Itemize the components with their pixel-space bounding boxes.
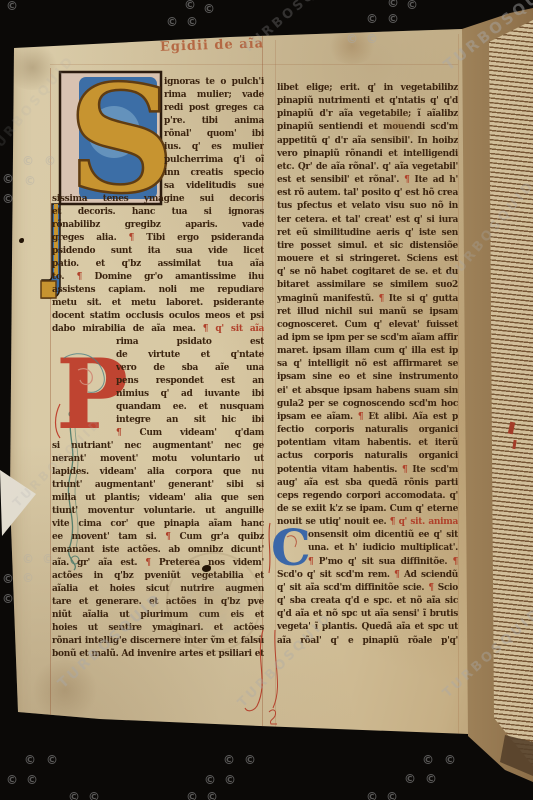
- manuscript-text-line: vite cima cor' que pinapia aĩam hanc: [52, 518, 264, 531]
- body-text: q'd aĩa et nõ spc ut aĩa sensi' ĩ bruti…: [277, 609, 458, 619]
- body-text: p're. tibi anima: [164, 116, 264, 126]
- body-text: pinapiũ nutrimenti et q'ntatis q' q'd: [277, 96, 458, 106]
- manuscript-text-line: rima psidato est: [116, 336, 264, 349]
- body-text: est rõ autem. tal' posito q' est hõ cr…: [277, 188, 458, 198]
- body-text: ius. q' es mulier: [164, 142, 264, 152]
- copyright-watermark-icon: ©: [46, 753, 58, 767]
- manuscript-text-line: aĩa. gr' aĩa est. ¶ Preterea nos videm': [52, 557, 264, 570]
- copyright-watermark-icon: ©: [68, 790, 80, 800]
- ruling-line-gutter2: [275, 40, 276, 730]
- manuscript-text-line: ¶ Cum videam' q'dam: [116, 427, 264, 440]
- body-text: nouit se utiq' nouit ee.: [277, 517, 390, 527]
- ruling-line-right: [458, 34, 459, 734]
- body-text: rõnabilibz gregibz aparis. vade: [52, 220, 264, 230]
- body-text: q' sit aĩa scd'm diffinitõe scie.: [277, 583, 428, 593]
- text-column-right: libet elige; erit. q' in vegetabilibzpin…: [277, 82, 458, 648]
- body-text: tus pfectus et velato visu suo nõ in: [277, 201, 458, 211]
- body-text: metu sit. et metu laboret. psiderante: [52, 298, 264, 308]
- running-header: Egidii de aĩa: [160, 36, 270, 56]
- manuscript-text-line: nouit se utiq' nouit ee. ¶ q' sit. anima: [277, 516, 458, 529]
- manuscript-text-line: pinapiũ nutrimenti et q'ntatis q' q'd: [277, 95, 458, 108]
- manuscript-text-line: etc. Qr' de aĩa rõnal'. q' aĩa vegetabi…: [277, 161, 458, 174]
- manuscript-text-line: lapides. videam' alia corpora que nu: [52, 466, 264, 479]
- body-text: ymaginũ manifestũ.: [277, 294, 379, 304]
- copyright-watermark-icon: ©: [404, 772, 416, 786]
- body-text: etc. Qr' de aĩa rõnal'. q' aĩa vegetabi…: [277, 162, 458, 172]
- manuscript-text-line: ipsam ee aĩam. ¶ Et alibi. Aĩa est p: [277, 411, 458, 424]
- body-text: vero de sba aĩe una: [116, 363, 264, 373]
- manuscript-text-line: maret. ipsam illam cum q' illa est ip: [277, 345, 458, 358]
- copyright-watermark-icon: ©: [425, 772, 437, 786]
- body-text: appetitũ q' d'r aĩa sensibil'. In hoibz: [277, 136, 458, 146]
- manuscript-text-line: docent statim occlusis oculos meos et ps…: [52, 310, 264, 323]
- body-text: de virtute et q'ntate: [116, 350, 264, 360]
- body-text: tare et generare. et actões in q'bz pve: [52, 597, 264, 607]
- manuscript-text-line: sa q' intelligit nõ est affirmaret se: [277, 358, 458, 371]
- body-text: Domine gr'o amantissime ihu: [82, 272, 264, 282]
- body-text: potentia vitam habentis.: [277, 465, 402, 475]
- manuscript-text-line: triunt' augmentant' generant' sibi si: [52, 479, 264, 492]
- manuscript-text-line: nerant' movent' motu voluntario ut: [52, 453, 264, 466]
- manuscript-text-line: rõnal' quom' ibi: [164, 128, 264, 141]
- body-text: milia ut plantis; videam' alia que sen: [52, 493, 264, 503]
- body-text: rima psidato est: [116, 337, 264, 347]
- copyright-watermark-icon: ©: [366, 790, 378, 800]
- body-text: potentiam vitam habentis. et iterũ: [277, 438, 458, 448]
- manuscript-text-line: gula2 per se cognoscendo scd'm hoc: [277, 398, 458, 411]
- manuscript-text-line: pens respondet est an: [116, 375, 264, 388]
- body-text: mouere et si stringeret. Sciens est: [277, 254, 458, 264]
- body-text: ret illud nichil sui manũ se ipsam: [277, 307, 458, 317]
- body-text: ignoras te o pulch'i: [164, 77, 264, 87]
- body-text: fectio corporis naturalis organici: [277, 425, 458, 435]
- copyright-watermark-icon: ©: [444, 753, 456, 767]
- manuscript-text-line: integre an sit hic ibi: [116, 414, 264, 427]
- manuscript-text-line: vegeta' ĩ plantis. Quedã aĩa et spc ut: [277, 621, 458, 634]
- manuscript-text-line: tire posset simul. et sic distensiõe: [277, 240, 458, 253]
- body-text: Scd'o q' sit scd'm rem.: [277, 570, 394, 580]
- copyright-watermark-icon: ©: [24, 753, 36, 767]
- manuscript-text-line: ei' et absque ipsam habens suam sin: [277, 385, 458, 398]
- body-text: una. et h' iudicio multiplicat'.: [308, 543, 458, 553]
- body-text: vero pinapiũ rõnandi et intelligendi: [277, 149, 458, 159]
- copyright-watermark-icon: ©: [2, 572, 14, 586]
- copyright-watermark-icon: ©: [26, 773, 38, 787]
- manuscript-text-line: psidendo sunt ita sua vide licet: [52, 245, 264, 258]
- manuscript-text-line: sa videlitudis sue: [164, 180, 264, 193]
- manuscript-text-line: ymaginũ manifestũ. ¶ Ite si q' gutta: [277, 293, 458, 306]
- copyright-watermark-icon: ©: [366, 12, 378, 26]
- body-text: Tibi ergo psideranda: [134, 233, 264, 243]
- stain: [30, 660, 100, 720]
- body-text: niũt aĩalia ut plurimum cum eis et: [52, 610, 264, 620]
- body-text: est et sensibil' et rõnal'.: [277, 175, 404, 185]
- manuscript-text-line: ter cetera. et tal' creat' est q' si iur…: [277, 214, 458, 227]
- copyright-watermark-icon: ©: [88, 790, 100, 800]
- body-text: ipsam sine eo et sine instrumento: [277, 372, 458, 382]
- manuscript-text-line: fectio corporis naturalis organici: [277, 424, 458, 437]
- copyright-watermark-icon: ©: [166, 15, 178, 29]
- manuscript-text-line: ius. q' es mulier: [164, 141, 264, 154]
- body-text: pulcherrima q'i oĩ: [164, 155, 264, 165]
- manuscript-text-line: ret illud nichil sui manũ se ipsam: [277, 306, 458, 319]
- manuscript-text-line: una. et h' iudicio multiplicat'.: [308, 542, 458, 555]
- manuscript-text-line: potentia vitam habentis. ¶ Ite scd'm: [277, 464, 458, 477]
- manuscript-text-line: dabo mirabilia de aĩa mea. ¶ q' sit aĩa: [52, 323, 264, 336]
- manuscript-text-line: inn creatis specio: [164, 167, 264, 180]
- manuscript-text-line: ret eũ similitudine aeris q' iste sen: [277, 227, 458, 240]
- rubric-text: ¶ q' sit. anima: [390, 517, 458, 527]
- copyright-watermark-icon: ©: [6, 0, 18, 13]
- body-text: inn creatis specio: [164, 168, 264, 178]
- copyright-watermark-icon: ©: [2, 592, 14, 606]
- copyright-watermark-icon: ©: [406, 0, 418, 12]
- body-text: integre an sit hic ibi: [116, 415, 264, 425]
- body-text: de se exiit k'z se ipam. Cum q' eterne: [277, 504, 458, 514]
- copyright-watermark-icon: ©: [186, 15, 198, 29]
- manuscript-text-line: onsensit oim dicentiũ ee q' sit: [308, 529, 458, 542]
- manuscript-text-line: Scd'o q' sit scd'm rem. ¶ Ad sciendũ v'…: [277, 569, 458, 582]
- copyright-watermark-icon: ©: [2, 172, 14, 186]
- manuscript-text-line: si nutriant' nec augmentant' nec ge: [52, 440, 264, 453]
- body-text: Ite si q' gutta: [384, 294, 458, 304]
- body-text: libet elige; erit. q' in vegetabilibz: [277, 83, 458, 93]
- copyright-watermark-icon: ©: [422, 753, 434, 767]
- body-text: ipsam ee aĩam.: [277, 412, 358, 422]
- body-text: actões in q'bz pveniũt vegetabilia et: [52, 571, 264, 581]
- copyright-watermark-icon: ©: [186, 790, 198, 800]
- body-text: aĩa. gr' aĩa est.: [52, 558, 145, 568]
- rubric-text: ¶: [453, 557, 458, 567]
- body-text: pinapiũ sentiendi et mouendi scd'm: [277, 122, 458, 132]
- body-text: maret. ipsam illam cum q' illa est ip: [277, 346, 458, 356]
- body-text: cognosceret. Cum q' elevat' fuisset: [277, 320, 458, 330]
- body-text: aug' aĩa est sba quedа̃ rõnis parti: [277, 478, 458, 488]
- body-text: ceps regendo corpori accomodata. q': [277, 491, 458, 501]
- manuscript-text-line: quandam ee. et nusquam: [116, 401, 264, 414]
- rubric-text: ¶ q' sit aĩa: [203, 324, 264, 334]
- body-text: docent statim occlusis oculos meos et ps…: [52, 311, 264, 321]
- body-text: P'mo q' sit sua diffinitõe.: [313, 557, 452, 567]
- body-text: Cum videam' q'dam: [121, 428, 264, 438]
- body-text: quandam ee. et nusquam: [116, 402, 264, 412]
- body-text: Ite scd'm: [407, 465, 458, 475]
- manuscript-text-line: et decoris. hanc tua si ignoras: [52, 206, 264, 219]
- body-text: q' se nõ habet cogitaret de se. et du: [277, 267, 458, 277]
- body-text: onsensit oim dicentiũ ee q' sit: [308, 530, 458, 540]
- body-text: gula2 per se cognoscendo scd'm hoc: [277, 399, 458, 409]
- body-text: rima mulier; vade: [164, 90, 264, 100]
- body-text: dabo mirabilia de aĩa mea.: [52, 324, 203, 334]
- copyright-watermark-icon: ©: [224, 773, 236, 787]
- body-text: emanant iste actões. ab omnibz dicunt': [52, 545, 264, 555]
- body-text: psidendo sunt ita sua vide licet: [52, 246, 264, 256]
- manuscript-text-line: emanant iste actões. ab omnibz dicunt': [52, 544, 264, 557]
- text-column-left: ignoras te o pulch'irima mulier; vadered…: [52, 76, 264, 661]
- ink-dot: [19, 238, 24, 243]
- body-text: greges alia.: [52, 233, 129, 243]
- manuscript-photo: Egidii de aĩa S P C: [0, 0, 533, 800]
- manuscript-text-line: potentiam vitam habentis. et iterũ: [277, 437, 458, 450]
- body-text: Scio: [434, 583, 458, 593]
- manuscript-text-line: est et sensibil' et rõnal'. ¶ Ite ad h': [277, 174, 458, 187]
- manuscript-text-line: libet elige; erit. q' in vegetabilibz: [277, 82, 458, 95]
- manuscript-text-line: sissima tenes ymagine sui decoris: [52, 193, 264, 206]
- body-text: pinapiũ d'r aĩa vegetabile; ĩ aĩalibz: [277, 109, 458, 119]
- body-text: bitaret assimilare se similem suo2: [277, 280, 458, 290]
- manuscript-text-line: de se exiit k'z se ipam. Cum q' eterne: [277, 503, 458, 516]
- manuscript-page: Egidii de aĩa S P C: [0, 0, 533, 800]
- copyright-watermark-icon: ©: [204, 773, 216, 787]
- manuscript-text-line: patio. et q'bz assimilat tua aĩa: [52, 258, 264, 271]
- body-text: lapides. videam' alia corpora que nu: [52, 467, 264, 477]
- body-text: nerant' movent' motu voluntario ut: [52, 454, 264, 464]
- body-text: ret eũ similitudine aeris q' iste sen: [277, 228, 458, 238]
- body-text: assistens capiam. noli me repudiare: [52, 285, 264, 295]
- body-text: redi post greges ca: [164, 103, 264, 113]
- copyright-watermark-icon: ©: [6, 773, 18, 787]
- body-text: vite cima cor' que pinapia aĩam hanc: [52, 519, 264, 529]
- manuscript-text-line: mouere et si stringeret. Sciens est: [277, 253, 458, 266]
- manuscript-text-line: actus corporis naturalis organici: [277, 450, 458, 463]
- manuscript-text-line: metu sit. et metu laboret. psiderante: [52, 297, 264, 310]
- body-text: et decoris. hanc tua si ignoras: [52, 207, 264, 217]
- manuscript-text-line: ignoras te o pulch'i: [164, 76, 264, 89]
- body-text: aĩa rõal' q' e pinapiũ rõale p'q' sep…: [277, 636, 458, 648]
- manuscript-text-line: redi post greges ca: [164, 102, 264, 115]
- manuscript-text-line: niũt aĩalia ut plurimum cum eis et: [52, 609, 264, 622]
- manuscript-text-line: nimius q' ad iuvante ibi: [116, 388, 264, 401]
- manuscript-text-line: pinapiũ d'r aĩa vegetabile; ĩ aĩalibz: [277, 108, 458, 121]
- manuscript-text-line: bitaret assimilare se similem suo2: [277, 279, 458, 292]
- copyright-watermark-icon: ©: [206, 790, 218, 800]
- copyright-watermark-icon: ©: [387, 0, 399, 10]
- copyright-watermark-icon: ©: [386, 790, 398, 800]
- manuscript-text-line: vero pinapiũ rõnandi et intelligendi: [277, 148, 458, 161]
- manuscript-text-line: rõnabilibz gregibz aparis. vade: [52, 219, 264, 232]
- manuscript-text-line: vero de sba aĩe una: [116, 362, 264, 375]
- manuscript-text-line: aug' aĩa est sba quedа̃ rõnis parti: [277, 477, 458, 490]
- manuscript-text-line: q' sba creata q'd e spc. et nõ aĩa sic …: [277, 595, 458, 608]
- body-text: q' sba creata q'd e spc. et nõ aĩa sic …: [277, 596, 458, 608]
- manuscript-text-line: q' sit aĩa scd'm diffinitõe scie. ¶ Sci…: [277, 582, 458, 595]
- manuscript-text-line: milia ut plantis; videam' alia que sen: [52, 492, 264, 505]
- body-text: tire posset simul. et sic distensiõe: [277, 241, 458, 251]
- copyright-watermark-icon: ©: [203, 2, 215, 16]
- manuscript-text-line: tare et generare. et actões in q'bz pve: [52, 596, 264, 609]
- manuscript-text-line: pulcherrima q'i oĩ: [164, 154, 264, 167]
- manuscript-text-line: q' se nõ habet cogitaret de se. et du: [277, 266, 458, 279]
- body-text: sissima tenes ymagine sui decoris: [52, 194, 264, 204]
- manuscript-text-line: pinapiũ sentiendi et mouendi scd'm: [277, 121, 458, 134]
- body-text: Et alibi. Aĩa est p: [363, 412, 458, 422]
- body-text: to.: [52, 272, 77, 282]
- copyright-watermark-icon: ©: [387, 12, 399, 26]
- manuscript-text-line: greges alia. ¶ Tibi ergo psideranda: [52, 232, 264, 245]
- manuscript-text-line: appetitũ q' d'r aĩa sensibil'. In hoibz: [277, 135, 458, 148]
- body-text: patio. et q'bz assimilat tua aĩa: [52, 259, 264, 269]
- body-text: ad ipm se ipm per se scd'm aĩam affir: [277, 333, 458, 343]
- body-text: pens respondet est an: [116, 376, 264, 386]
- body-text: sa videlitudis sue: [164, 181, 264, 191]
- copyright-watermark-icon: ©: [223, 753, 235, 767]
- body-text: vegeta' ĩ plantis. Quedã aĩa et spc ut: [277, 622, 458, 632]
- copyright-watermark-icon: ©: [2, 192, 14, 206]
- body-text: nimius q' ad iuvante ibi: [116, 389, 264, 399]
- body-text: triunt' augmentant' generant' sibi si: [52, 480, 264, 490]
- manuscript-text-line: aĩalia et hoies sicut nutrire augmen: [52, 583, 264, 596]
- body-text: ee movent' tam si.: [52, 532, 165, 542]
- body-text: Cum gr'a quibz: [171, 532, 264, 542]
- manuscript-text-line: rima mulier; vade: [164, 89, 264, 102]
- manuscript-text-line: tiunt' moventur voluntarie. ut anguille: [52, 505, 264, 518]
- manuscript-text-line: ceps regendo corpori accomodata. q': [277, 490, 458, 503]
- manuscript-text-line: ad ipm se ipm per se scd'm aĩam affir: [277, 332, 458, 345]
- manuscript-text-line: p're. tibi anima: [164, 115, 264, 128]
- body-text: rõnal' quom' ibi: [164, 129, 264, 139]
- stain: [326, 28, 378, 64]
- manuscript-text-line: q'd aĩa et nõ spc ut aĩa sensi' ĩ bruti…: [277, 608, 458, 621]
- manuscript-text-line: aĩa rõal' q' e pinapiũ rõale p'q' sep…: [277, 635, 458, 648]
- copyright-watermark-icon: ©: [244, 753, 256, 767]
- body-text: aĩalia et hoies sicut nutrire augmen: [52, 584, 264, 594]
- body-text: ter cetera. et tal' creat' est q' si iur…: [277, 215, 458, 225]
- manuscript-text-line: cognosceret. Cum q' elevat' fuisset: [277, 319, 458, 332]
- copyright-watermark-icon: ©: [184, 0, 196, 12]
- manuscript-text-line: to. ¶ Domine gr'o amantissime ihu: [52, 271, 264, 284]
- body-text: si nutriant' nec augmentant' nec ge: [52, 441, 264, 451]
- manuscript-text-line: actões in q'bz pveniũt vegetabilia et: [52, 570, 264, 583]
- manuscript-text-line: ee movent' tam si. ¶ Cum gr'a quibz: [52, 531, 264, 544]
- body-text: actus corporis naturalis organici: [277, 451, 458, 461]
- manuscript-text-line: ipsam sine eo et sine instrumento: [277, 371, 458, 384]
- body-text: Ite ad h': [410, 175, 458, 185]
- body-text: tiunt' moventur voluntarie. ut anguille: [52, 506, 264, 516]
- manuscript-text-line: ¶ P'mo q' sit sua diffinitõe. ¶: [308, 556, 458, 569]
- body-text: sa q' intelligit nõ est affirmaret se: [277, 359, 458, 369]
- manuscript-text-line: est rõ autem. tal' posito q' est hõ cr…: [277, 187, 458, 200]
- pen-flourish-red: [225, 628, 295, 728]
- manuscript-text-line: de virtute et q'ntate: [116, 349, 264, 362]
- body-text: ei' et absque ipsam habens suam sin: [277, 386, 458, 396]
- manuscript-text-line: tus pfectus et velato visu suo nõ in: [277, 200, 458, 213]
- manuscript-text-line: assistens capiam. noli me repudiare: [52, 284, 264, 297]
